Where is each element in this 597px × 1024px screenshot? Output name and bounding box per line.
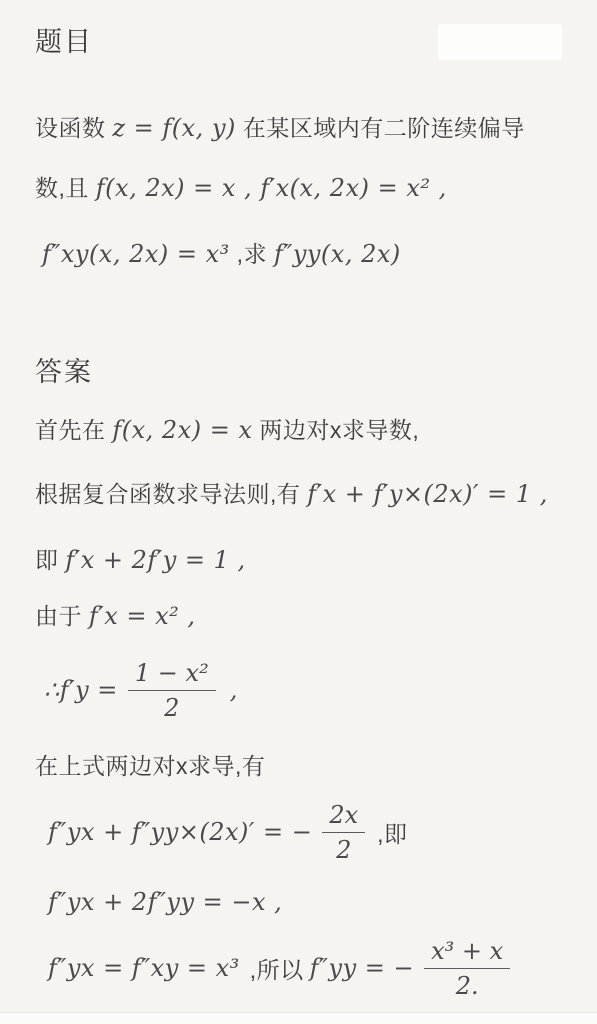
math-formula: f′x + 2f′y = 1 , — [65, 546, 245, 574]
watermark-patch — [438, 24, 562, 60]
fraction-numerator: 2x — [322, 801, 365, 832]
answer-text: 即 — [35, 547, 65, 573]
fraction: 1 − x² 2 — [128, 659, 216, 722]
problem-line: f″xy(x, 2x) = x³ ,求 f″yy(x, 2x) — [42, 236, 401, 269]
answer-text: ,即 — [377, 816, 407, 849]
problem-text: ,求 — [230, 241, 274, 267]
fraction-denominator: 2 — [322, 832, 365, 864]
answer-line: ∴f′y = 1 − x² 2 , — [44, 650, 242, 730]
problem-heading: 题目 — [35, 20, 93, 59]
problem-text: 数,且 — [35, 175, 96, 201]
math-formula: f″yy(x, 2x) — [274, 240, 401, 268]
fraction-numerator: x³ + x — [424, 937, 510, 968]
answer-line: 根据复合函数求导法则,有 f′x + f′y×(2x)′ = 1 , — [35, 476, 548, 509]
answer-text: 在上式两边对x求导,有 — [35, 753, 265, 779]
answer-text: 根据复合函数求导法则,有 — [35, 481, 307, 507]
math-formula: f(x, 2x) = x — [112, 416, 252, 444]
answer-line: f″yx + f″yy×(2x)′ = − 2x 2 ,即 — [48, 792, 408, 872]
math-formula: ∴f′y = — [44, 676, 118, 704]
answer-line: f″yx + 2f″yy = −x , — [48, 888, 282, 916]
answer-text: 由于 — [35, 603, 89, 629]
answer-line: 首先在 f(x, 2x) = x 两边对x求导数, — [35, 412, 419, 445]
answer-line: 在上式两边对x求导,有 — [35, 748, 265, 781]
fraction-numerator: 1 − x² — [128, 659, 216, 690]
math-formula: z = f(x, y) — [112, 114, 235, 142]
problem-line: 设函数 z = f(x, y) 在某区域内有二阶连续偏导 — [35, 110, 525, 143]
answer-text: 两边对x求导数, — [253, 417, 420, 443]
math-formula: f″yx = f″xy = x³ — [48, 954, 240, 982]
answer-line: 由于 f′x = x² , — [35, 598, 196, 631]
answer-text: 首先在 — [35, 417, 112, 443]
fraction: 2x 2 — [322, 801, 365, 864]
answer-text: ,所以 — [250, 952, 304, 985]
answer-line: 即 f′x + 2f′y = 1 , — [35, 542, 246, 575]
fraction: x³ + x 2. — [424, 937, 510, 1000]
problem-text: 设函数 — [35, 115, 112, 141]
answer-line: f″yx = f″xy = x³ ,所以 f″yy = − x³ + x 2. — [48, 928, 516, 1008]
math-formula: , — [230, 676, 238, 704]
document-page: 题目 设函数 z = f(x, y) 在某区域内有二阶连续偏导 数,且 f(x,… — [0, 0, 597, 1024]
problem-line: 数,且 f(x, 2x) = x , f′x(x, 2x) = x² , — [35, 170, 447, 203]
math-formula: f(x, 2x) = x , f′x(x, 2x) = x² , — [96, 174, 447, 202]
problem-text: 在某区域内有二阶连续偏导 — [236, 115, 525, 141]
answer-heading: 答案 — [35, 350, 93, 389]
math-formula: f″xy(x, 2x) = x³ — [42, 240, 230, 268]
math-formula: f″yx + f″yy×(2x)′ = − — [48, 818, 312, 846]
math-formula: f′x + f′y×(2x)′ = 1 , — [307, 480, 548, 508]
footer-band — [0, 1012, 597, 1024]
fraction-denominator: 2 — [128, 690, 216, 722]
fraction-denominator: 2. — [424, 968, 510, 1000]
math-formula: f″yy = − — [310, 954, 414, 982]
math-formula: f′x = x² , — [89, 602, 196, 630]
math-formula: f″yx + 2f″yy = −x , — [48, 888, 282, 916]
